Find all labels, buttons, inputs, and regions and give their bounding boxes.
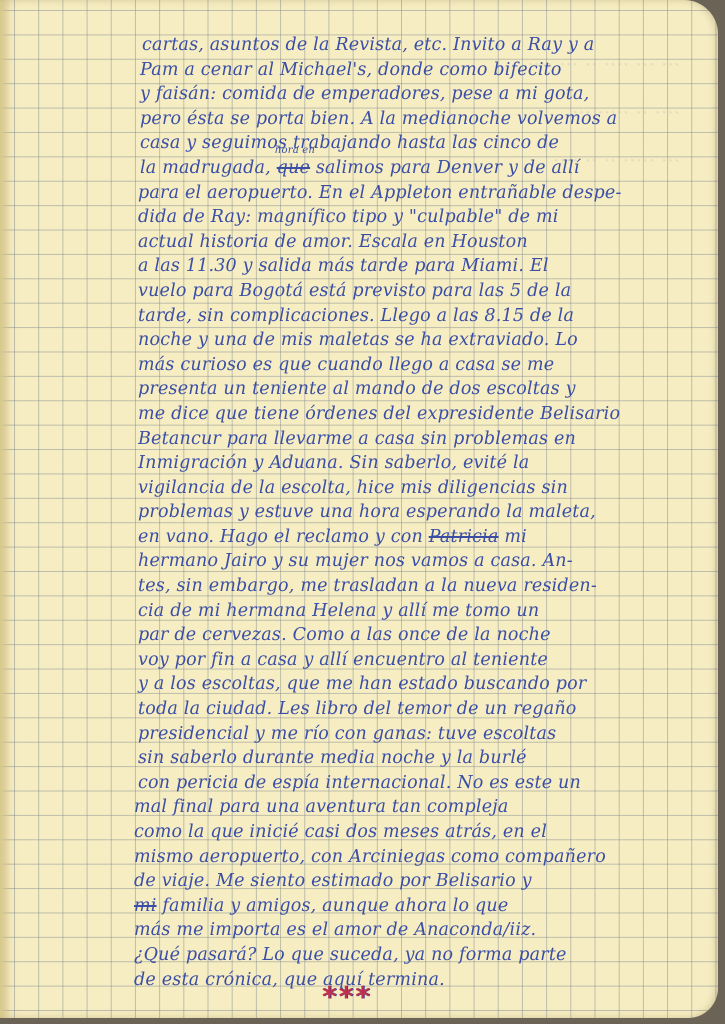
struck-word: mi: [134, 896, 157, 916]
text-line: vigilancia de la escolta, hice mis dilig…: [138, 476, 712, 501]
text-line: mismo aeropuerto, con Arciniegas como co…: [134, 845, 712, 870]
handwritten-text: cartas, asuntos de la Revista, etc. Invi…: [112, 33, 712, 992]
caret-insertion: hora en: [275, 146, 315, 156]
text-line: y a los escoltas, que me han estado busc…: [138, 672, 712, 697]
text-line-with-insertion: la madrugada,hora en que salimos para De…: [140, 156, 712, 181]
text-line: tarde, sin complicaciones. Llego a las 8…: [138, 304, 712, 329]
text-line: más curioso es que cuando llego a casa s…: [138, 353, 712, 378]
text-line: de esta crónica, que aquí termina.: [134, 968, 712, 993]
text-line: con pericia de espía internacional. No e…: [138, 771, 712, 796]
text-line: dida de Ray: magnífico tipo y "culpable"…: [138, 205, 712, 230]
text-line-with-strike: en vano. Hago el reclamo y con Patricia …: [138, 525, 712, 550]
text-line: hermano Jairo y su mujer nos vamos a cas…: [138, 549, 712, 574]
text-line: me dice que tiene órdenes del expresiden…: [138, 402, 712, 427]
notebook-page: ··· ··· ···· ·· ··· ········ ·· ····· ··…: [0, 0, 718, 1018]
text-line: Betancur para llevarme a casa sin proble…: [138, 427, 712, 452]
text-line: cartas, asuntos de la Revista, etc. Invi…: [142, 33, 712, 58]
text-line: presenta un teniente al mando de dos esc…: [138, 377, 712, 402]
text-line: tes, sin embargo, me trasladan a la nuev…: [138, 574, 712, 599]
text-line: toda la ciudad. Les libro del temor de u…: [138, 697, 712, 722]
text-line: Pam a cenar al Michael's, donde como bif…: [140, 58, 712, 83]
page-binding-edge: [0, 0, 10, 1018]
text-line: ¿Qué pasará? Lo que suceda, ya no forma …: [134, 943, 712, 968]
text-line: como la que inicié casi dos meses atrás,…: [134, 820, 712, 845]
text-line: voy por fin a casa y allí encuentro al t…: [138, 648, 712, 673]
struck-word: que: [277, 158, 310, 178]
text-line-with-strike: mi familia y amigos, aunque ahora lo que: [134, 894, 712, 919]
text-line: a las 11.30 y salida más tarde para Miam…: [138, 254, 712, 279]
text-line: noche y una de mis maletas se ha extravi…: [138, 328, 712, 353]
text-line: par de cervezas. Como a las once de la n…: [138, 623, 712, 648]
text-line: de viaje. Me siento estimado por Belisar…: [134, 869, 712, 894]
struck-word: Patricia: [429, 527, 499, 547]
text-line: problemas y estuve una hora esperando la…: [138, 500, 712, 525]
text-line: presidencial y me río con ganas: tuve es…: [138, 722, 712, 747]
text-line: sin saberlo durante media noche y la bur…: [138, 746, 712, 771]
text-line: actual historia de amor. Escala en Houst…: [138, 230, 712, 255]
text-line: mal final para una aventura tan compleja: [134, 795, 712, 820]
text-line: casa y seguimos trabajando hasta las cin…: [140, 131, 712, 156]
text-line: cia de mi hermana Helena y allí me tomo …: [138, 599, 712, 624]
text-line: vuelo para Bogotá está previsto para las…: [138, 279, 712, 304]
text-line: pero ésta se porta bien. A la medianoche…: [140, 107, 712, 132]
text-line: para el aeropuerto. En el Appleton entra…: [138, 181, 712, 206]
text-line: y faisán: comida de emperadores, pese a …: [140, 82, 712, 107]
end-mark-asterisks: ***: [322, 980, 372, 1013]
text-line: más me importa es el amor de Anaconda/ii…: [134, 918, 712, 943]
text-line: Inmigración y Aduana. Sin saberlo, evité…: [138, 451, 712, 476]
